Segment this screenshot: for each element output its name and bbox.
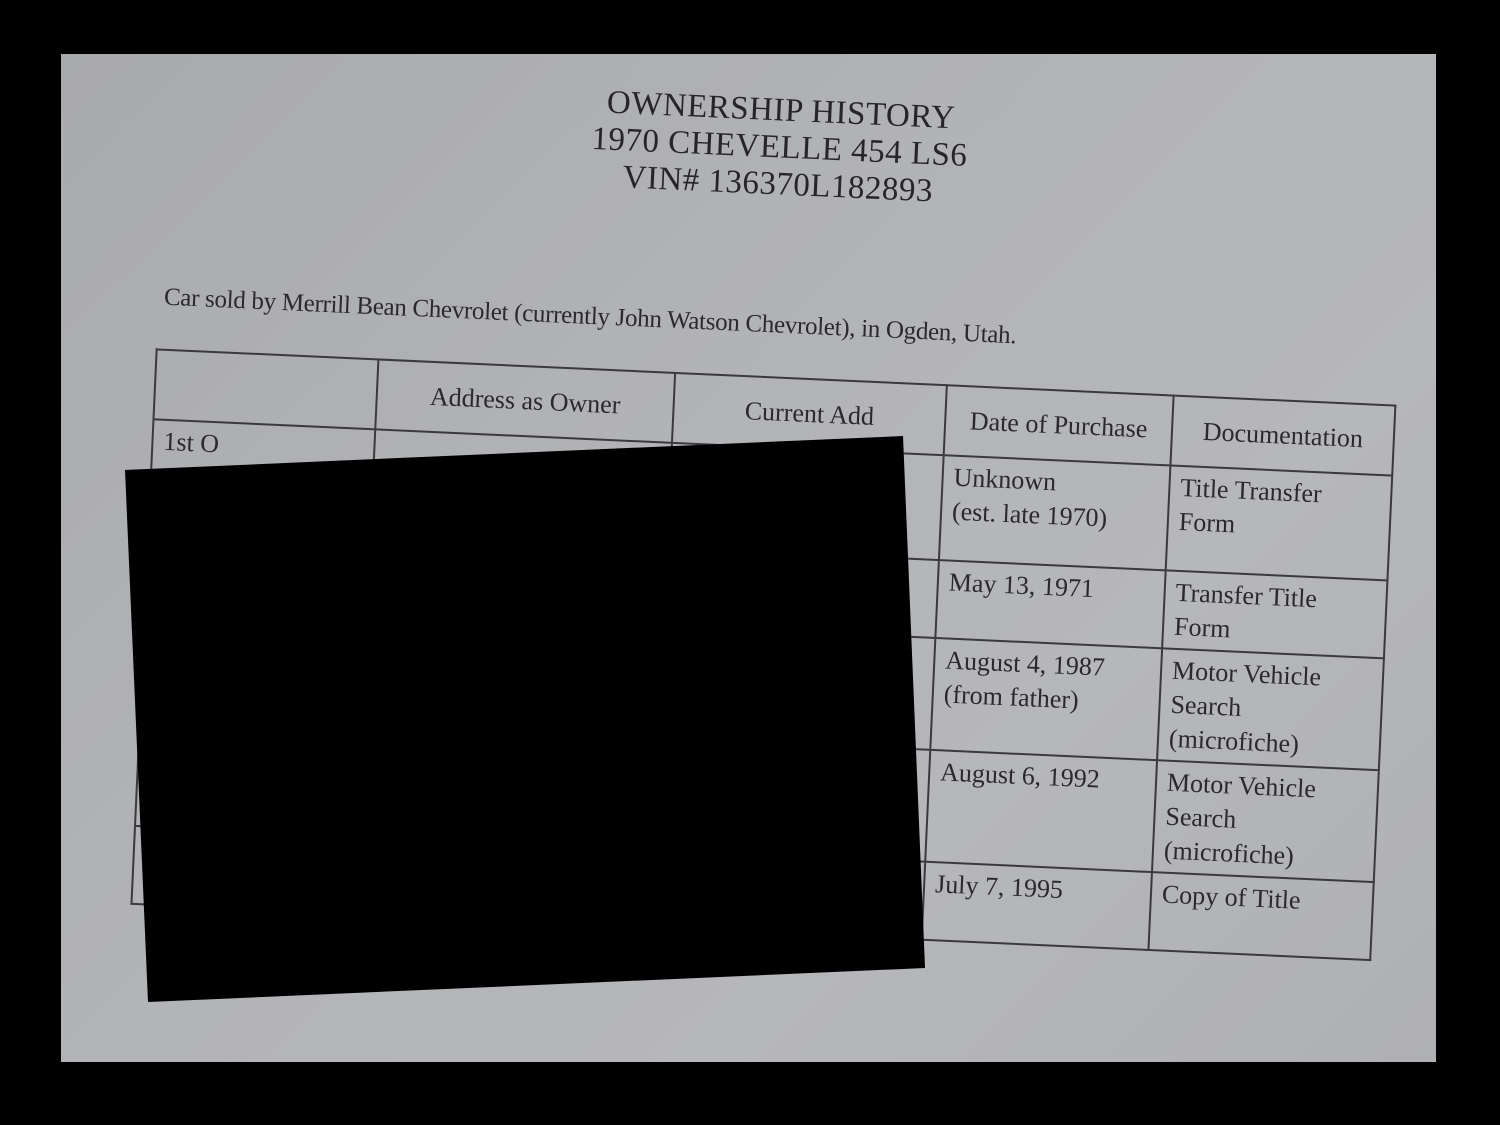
cell-owner — [145, 524, 370, 612]
cell-date: July 7, 1995 — [922, 862, 1152, 950]
document-sheet: OWNERSHIP HISTORY 1970 CHEVELLE 454 LS6 … — [61, 54, 1436, 1062]
cell-date: August 6, 1992 — [925, 750, 1157, 872]
cell-documentation: Title Transfer Form — [1166, 465, 1393, 580]
cell-address — [353, 836, 653, 927]
date-line: August 6, 1992 — [940, 755, 1146, 798]
cell-owner: 5 K — [131, 826, 356, 914]
cell-current-address — [653, 738, 930, 862]
document-title: OWNERSHIP HISTORY 1970 CHEVELLE 454 LS6 … — [547, 82, 1012, 214]
date-line: May 13, 1971 — [948, 566, 1154, 609]
header-date-of-purchase: Date of Purchase — [944, 385, 1174, 465]
ownership-table: Address as Owner Current Add Date of Pur… — [130, 348, 1396, 961]
cell-documentation: Transfer Title Form — [1162, 570, 1387, 658]
cell-current-address — [664, 548, 939, 638]
cell-current-address — [667, 443, 943, 560]
cell-owner: 1st O — [149, 419, 376, 534]
cell-owner — [140, 602, 367, 724]
cell-address — [357, 724, 659, 849]
header-documentation: Documentation — [1170, 396, 1395, 476]
date-line: July 7, 1995 — [934, 867, 1140, 910]
cell-owner — [135, 714, 362, 836]
cell-date: August 4, 1987 (from father) — [930, 638, 1162, 760]
cell-current-address — [659, 626, 936, 750]
cell-address — [367, 534, 667, 625]
document-page: OWNERSHIP HISTORY 1970 CHEVELLE 454 LS6 … — [61, 54, 1436, 1062]
cell-documentation: Motor Vehicle Search (microfiche) — [1157, 648, 1384, 770]
cell-address — [370, 429, 671, 547]
cell-date: May 13, 1971 — [935, 560, 1165, 648]
header-date-label: Date of Purchase — [969, 406, 1148, 443]
cell-documentation: Motor Vehicle Search (microfiche) — [1152, 760, 1379, 882]
intro-text: Car sold by Merrill Bean Chevrolet (curr… — [163, 284, 1016, 351]
doc-line: Copy of Title — [1161, 878, 1362, 921]
current-address-fragment: -1134 — [851, 900, 912, 932]
cell-documentation: Copy of Title — [1148, 872, 1373, 960]
cell-current-address: -1134 — [650, 849, 925, 939]
header-current-address: Current Add — [672, 373, 947, 455]
owner-fragment: 1st O — [163, 427, 220, 458]
cell-date: Unknown (est. late 1970) — [939, 455, 1171, 570]
header-owner — [153, 349, 378, 429]
cell-address — [362, 612, 664, 737]
header-address-as-owner: Address as Owner — [375, 359, 675, 442]
